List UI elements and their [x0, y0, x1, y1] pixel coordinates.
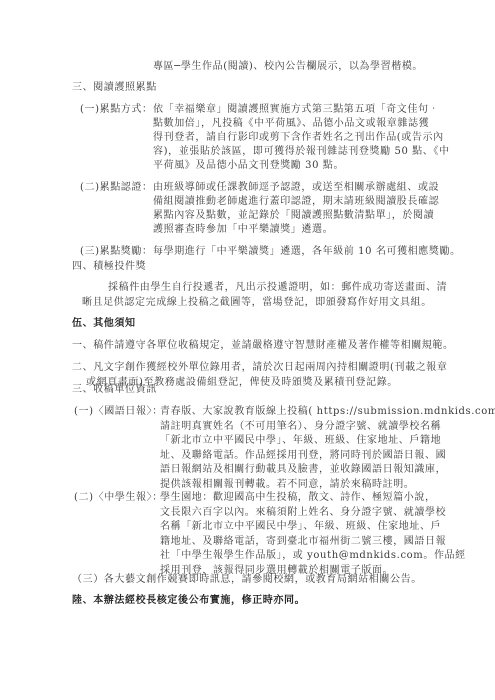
section3-item2-line: 備組閱讀推動老師處進行蓋印認證，期末請班級閱讀股長確認	[153, 195, 439, 209]
continuation-line: 專區─學生作品(閱讀)、校內公告欄展示，以為學習楷模。	[153, 60, 423, 74]
section5-item3-heading: 三、收稿單位資訊	[72, 383, 157, 397]
sub1-line: 青春版、大家說教育版線上投稿( https://submission.mdnki…	[160, 405, 495, 419]
section5-item1: 一、稿件請遵守各單位收稿規定，並請嚴格遵守智慧財產權及著作權等相關規範。	[72, 339, 454, 353]
sub2-line: 社「中學生報學生作品版」，或 youth@mdnkids.com。作品經	[160, 549, 466, 563]
sub2-line: 籍地址、及聯絡電話，寄到臺北市福州街二號三樓，國語日報	[160, 535, 446, 549]
section5-item2-line: 二、凡文字創作獲經校外單位錄用者，請於次日起兩周內持相關證明(刊載之報章	[72, 361, 448, 375]
sub1-line: 語日報網站及相關行動載具及臉書，並收錄國語日報知識庫，	[160, 463, 446, 477]
sub1-line: 提供該報相關報刊轉載。若不同意，請於來稿時註明。	[160, 478, 414, 492]
document-page: 專區─學生作品(閱讀)、校內公告欄展示，以為學習楷模。 三、閱讀護照累點 (一)…	[0, 0, 495, 700]
section3-item1-line: 點數加倍」，凡投稿《中平荷風》、品德小品文或報章雜誌獲	[153, 117, 429, 131]
section5-heading: 伍、其他須知	[72, 317, 136, 331]
section3-item3-line: 每學期進行「中平樂讀獎」遴選，各年級前 10 名可獲相應獎勵。	[153, 245, 461, 259]
section3-item2-line: 累點內容及點數，並記錄於「閱讀護照點數清點單」，於閱讀	[153, 209, 434, 223]
section3-item1-line: 依「幸福樂章」閱讀護照實施方式第三點第五項「奇文佳句‧	[153, 103, 439, 117]
sub1-line: 「新北市立中平國民中學」、年級、班級、住家地址、戶籍地	[160, 434, 441, 448]
sub1-label: (一)〈國語日報〉：	[74, 405, 163, 419]
section3-item1-label: (一)累點方式：	[80, 103, 153, 117]
section4-heading: 四、積極投件獎	[72, 260, 146, 274]
sub2-line: 名稱「新北市立中平國民中學」、年級、班級、住家地址、戶	[160, 520, 441, 534]
section3-item2-label: (二)累點認證：	[80, 181, 153, 195]
section3-item2-line: 由班級導師或任課教師逕予認證，或送至相關承辦處組、或設	[153, 181, 439, 195]
section4-line: 採稿件由學生自行投遞者，凡出示投遞證明，如：郵件成功寄送畫面、清	[108, 281, 447, 295]
section3-item1-line: 容)，並張貼於該區，即可獲得於報刊雜誌刊登獎勵 50 點、《中	[153, 145, 450, 159]
section3-item3-label: (三)累點獎勵：	[80, 245, 153, 259]
sub1-line: 址、及聯絡電話。作品經採用刊登，將同時刊於國語日報、國	[160, 449, 446, 463]
section4-line: 晰且足供認定完成線上投稿之截圖等，當場登記，即頒發寫作好用文具組。	[82, 296, 432, 310]
section3-item1-line: 平荷風》及品德小品文刊登獎勵 30 點。	[153, 159, 344, 173]
section3-item2-line: 護照審查時參加「中平樂讀獎」遴選。	[153, 223, 333, 237]
sub3-line: （三）各大藝文創作競賽即時訊息，請參閱校網，或教育局網站相關公告。	[72, 573, 422, 587]
section6-heading: 陸、本辦法經校長核定後公布實施，修正時亦同。	[72, 594, 305, 608]
sub2-line: 學生園地：歡迎國高中生投稿，散文、詩作、極短篇小說，	[160, 491, 436, 505]
sub2-line: 文長限六百字以內。來稿須附上姓名、身分證字號、就讀學校	[160, 506, 446, 520]
sub2-label: (二)〈中學生報〉：	[74, 491, 163, 505]
section3-heading: 三、閱讀護照累點	[72, 81, 157, 95]
section3-item1-line: 得刊登者，請自行影印或剪下含作者姓名之刊出作品(或告示內	[153, 131, 444, 145]
sub1-line: 請註明真實姓名（不可用筆名）、身分證字號、就讀學校名稱	[160, 420, 441, 434]
